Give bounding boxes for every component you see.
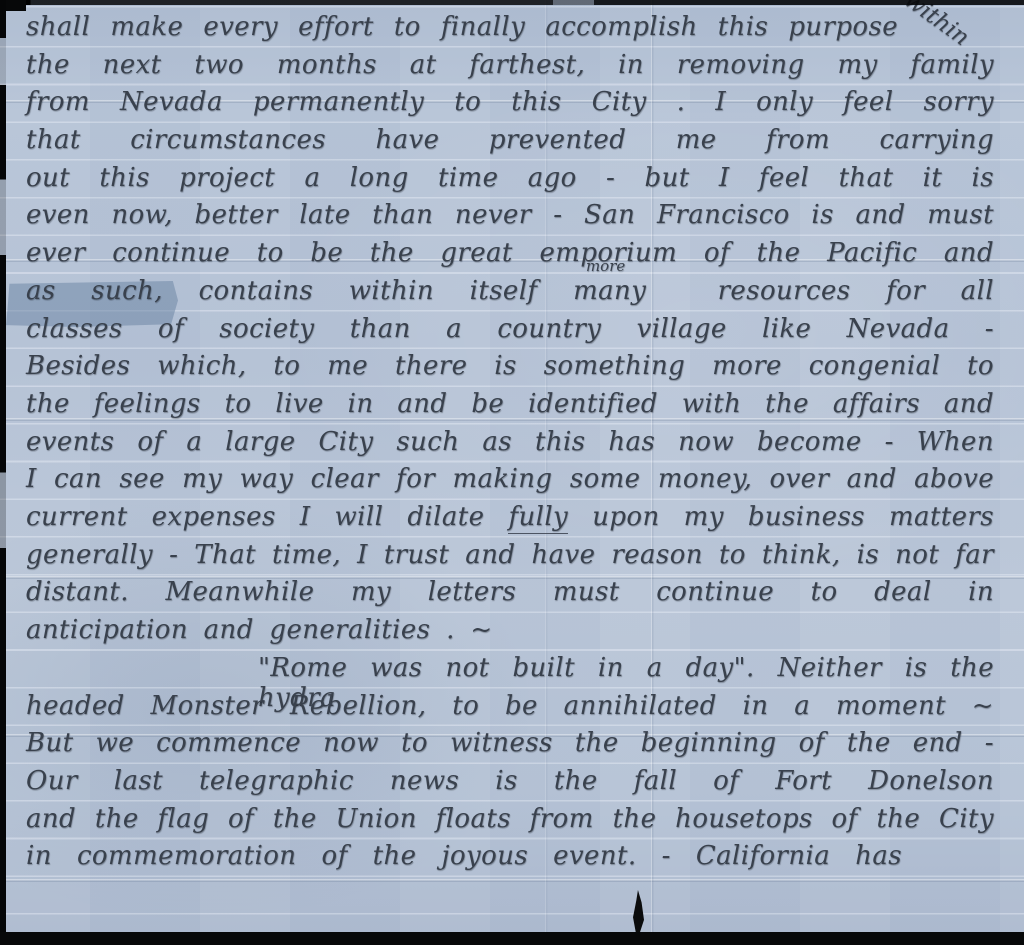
line-text: out this project a long time ago - but I…: [26, 163, 994, 193]
scan-edge-left: [0, 0, 6, 945]
line-text: current expenses I will dilate: [26, 502, 508, 532]
line-text: events of a large City such as this has …: [26, 427, 994, 457]
letter-line: Our last telegraphic news is the fall of…: [0, 766, 1024, 804]
letter-line: I can see my way clear for making some m…: [0, 464, 1024, 502]
line-text: anticipation and generalities . ~: [26, 615, 493, 645]
line-text: Besides which, to me there is something …: [26, 351, 994, 381]
line-text: contains within itself many: [163, 276, 682, 306]
scan-edge-bottom: [0, 932, 1024, 945]
line-text: the feelings to live in and be identifie…: [26, 389, 994, 419]
letter-line: classes of society than a country villag…: [0, 314, 1024, 352]
underlined-word: fully: [508, 502, 568, 534]
line-text: ever continue to be the great emporium o…: [26, 238, 994, 268]
letter-line: anticipation and generalities . ~: [0, 615, 1024, 653]
letter-line: ever continue to be the great emporium o…: [0, 238, 1024, 276]
line-text: upon my business matters: [568, 502, 994, 532]
line-text: But we commence now to witness the begin…: [26, 728, 994, 758]
letter-line: Besides which, to me there is something …: [0, 351, 1024, 389]
line-text: classes of society than a country villag…: [26, 314, 994, 344]
line-text: resources for all: [682, 276, 994, 306]
inserted-word: more: [586, 257, 625, 275]
line-text: headed Monster Rebellion, to be annihila…: [26, 691, 994, 721]
letter-line: the next two months at farthest, in remo…: [0, 50, 1024, 88]
line-text: that circumstances have prevented me fro…: [26, 125, 994, 155]
line-text: in commemoration of the joyous event. - …: [26, 841, 902, 871]
letter-line: as such, contains within itself many mor…: [0, 276, 1024, 314]
letter-line: out this project a long time ago - but I…: [0, 163, 1024, 201]
letter-line: shall make every effort to finally accom…: [0, 12, 1024, 50]
line-text: even now, better late than never - San F…: [26, 200, 994, 230]
letter-line: and the flag of the Union floats from th…: [0, 804, 1024, 842]
handwriting-layer: shall make every effort to finally accom…: [0, 0, 1024, 945]
letter-line: "Rome was not built in a day". Neither i…: [0, 653, 1024, 691]
line-text: distant. Meanwhile my letters must conti…: [26, 577, 994, 607]
letter-line: generally - That time, I trust and have …: [0, 540, 1024, 578]
line-text: shall make every effort to finally accom…: [26, 12, 898, 42]
line-text: the next two months at farthest, in remo…: [26, 50, 994, 80]
letter-line: the feelings to live in and be identifie…: [0, 389, 1024, 427]
line-text: generally - That time, I trust and have …: [26, 540, 994, 570]
letter-line: current expenses I will dilate fully upo…: [0, 502, 1024, 540]
letter-line: headed Monster Rebellion, to be annihila…: [0, 691, 1024, 729]
letter-line: from Nevada permanently to this City . I…: [0, 87, 1024, 125]
letter-line: that circumstances have prevented me fro…: [0, 125, 1024, 163]
line-text: I can see my way clear for making some m…: [26, 464, 994, 494]
line-text: Our last telegraphic news is the fall of…: [26, 766, 994, 796]
letter-line: events of a large City such as this has …: [0, 427, 1024, 465]
letter-line: even now, better late than never - San F…: [0, 200, 1024, 238]
line-text: from Nevada permanently to this City . I…: [26, 87, 994, 117]
scanned-letter-page: shall make every effort to finally accom…: [0, 0, 1024, 945]
line-text: and the flag of the Union floats from th…: [26, 804, 994, 834]
scan-edge-top: [0, 0, 1024, 5]
letter-line: But we commence now to witness the begin…: [0, 728, 1024, 766]
letter-line: distant. Meanwhile my letters must conti…: [0, 577, 1024, 615]
letter-line: in commemoration of the joyous event. - …: [0, 841, 1024, 879]
highlighted-text: as such,: [26, 276, 163, 306]
